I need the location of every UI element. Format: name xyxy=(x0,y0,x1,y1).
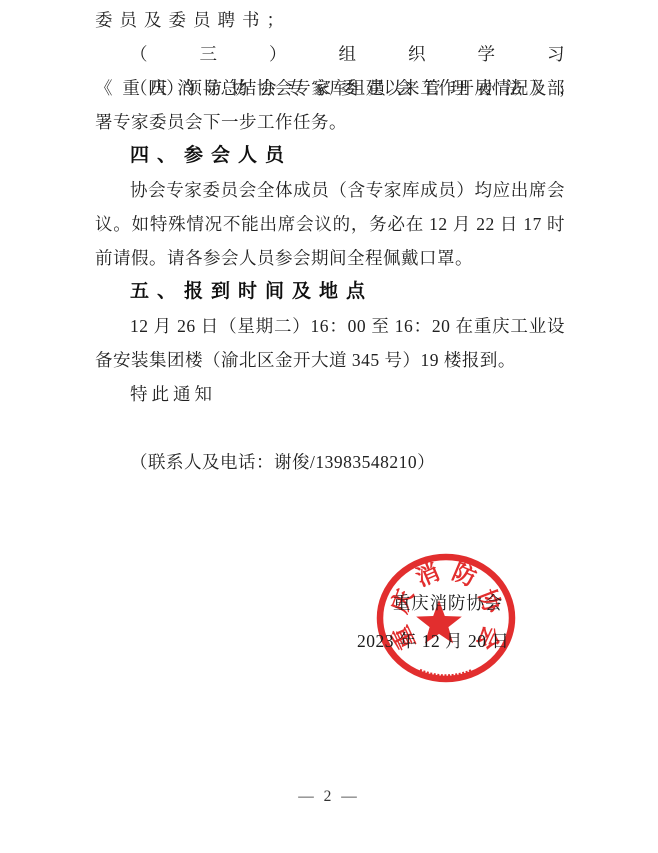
body-line: 署专家委员会下一步工作任务。 xyxy=(95,105,565,139)
section-heading-4: 四、参会人员 xyxy=(95,139,565,173)
document-body: 委员及委员聘书； （三）组织学习《重庆消防协会专家委员会管理办法》; （四）领导… xyxy=(95,3,565,479)
blank-line xyxy=(95,411,565,445)
contact-line: （联系人及电话：谢俊/13983548210） xyxy=(95,445,565,479)
body-line: （三）组织学习《重庆消防协会专家委员会管理办法》; xyxy=(95,37,565,71)
body-line: 前请假。请各参会人员参会期间全程佩戴口罩。 xyxy=(95,241,565,275)
closing-line: 特此通知 xyxy=(95,377,565,411)
seal-svg: 重 庆 消 防 协 会 xyxy=(366,546,530,696)
body-line: 委员及委员聘书； xyxy=(95,3,565,37)
scanned-document-page: { "content": { "lines": [ { "text": "委员及… xyxy=(0,0,658,853)
signature-date: 2023 年 12 月 20 日 xyxy=(357,628,509,653)
body-line: （四）领导总结协会专家库组建以来工作开展情况及部 xyxy=(95,71,565,105)
body-line: 12 月 26 日（星期二）16：00 至 16：20 在重庆工业设 xyxy=(95,309,565,343)
signature-org: 重庆消防协会 xyxy=(393,590,503,615)
section-heading-5: 五、报到时间及地点 xyxy=(95,275,565,309)
body-line: 议。如特殊情况不能出席会议的，务必在 12 月 22 日 17 时 xyxy=(95,207,565,241)
body-line: 协会专家委员会全体成员（含专家库成员）均应出席会 xyxy=(95,173,565,207)
official-seal: 重 庆 消 防 协 会 xyxy=(366,546,530,696)
page-number: — 2 — xyxy=(0,788,658,806)
body-line: 备安装集团楼（渝北区金开大道 345 号）19 楼报到。 xyxy=(95,343,565,377)
